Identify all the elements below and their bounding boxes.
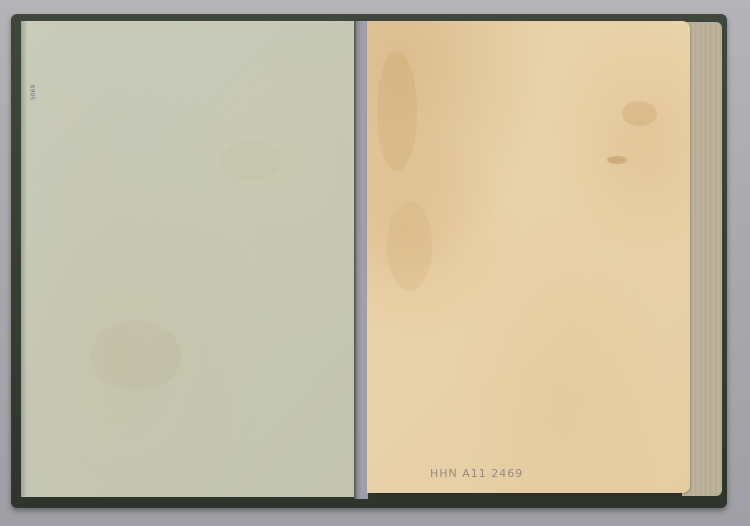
left-page-endpaper bbox=[21, 21, 354, 497]
margin-mark: 5069 bbox=[30, 85, 37, 100]
stain bbox=[622, 101, 657, 126]
stain bbox=[377, 51, 417, 171]
pencil-inscription: HHN A11 2469 bbox=[430, 467, 523, 480]
book-gutter bbox=[354, 21, 368, 499]
stain bbox=[221, 141, 281, 181]
left-page-edge bbox=[21, 21, 27, 497]
stain bbox=[387, 201, 432, 291]
right-page-flyleaf bbox=[367, 21, 690, 493]
stain bbox=[91, 321, 181, 391]
stain bbox=[607, 156, 627, 164]
